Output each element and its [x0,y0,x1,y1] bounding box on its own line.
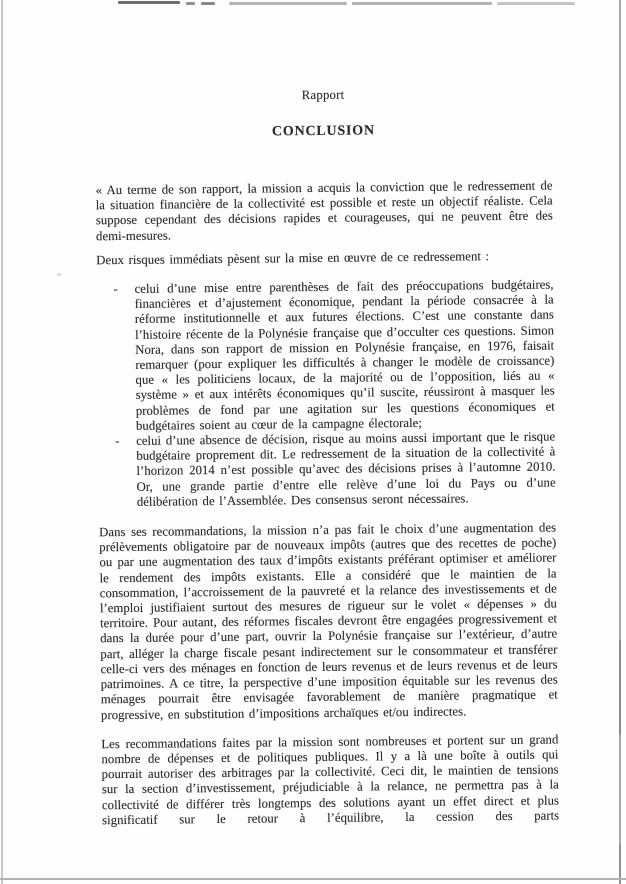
risks-lead-sentence: Deux risques immédiats pèsent sur la mis… [96,248,553,268]
conclusion-heading: CONCLUSION [95,121,552,142]
scanned-document-page: Rapport CONCLUSION « Au terme de son rap… [0,0,626,884]
bullet-dash: - [115,434,136,449]
list-item: - celui d’une absence de décision, risqu… [98,430,556,511]
list-item: - celui d’une mise entre parenthèses de … [96,277,555,434]
bullet-text-decision-risk: celui d’une absence de décision, risque … [136,430,556,510]
closing-paragraph: Les recommandations faites par la missio… [101,732,559,828]
document-title: Rapport [94,85,551,105]
intro-paragraph: « Au terme de son rapport, la mission a … [95,178,553,244]
scan-edge-bottom [0,878,626,880]
recommendations-paragraph: Dans ses recommandations, la mission n’a… [99,521,558,723]
risks-bullet-list: - celui d’une mise entre parenthèses de … [96,277,555,510]
document-content: Rapport CONCLUSION « Au terme de son rap… [0,0,626,829]
bullet-text-budget-risk: celui d’une mise entre parenthèses de fa… [134,277,555,433]
bullet-dash: - [113,282,134,297]
